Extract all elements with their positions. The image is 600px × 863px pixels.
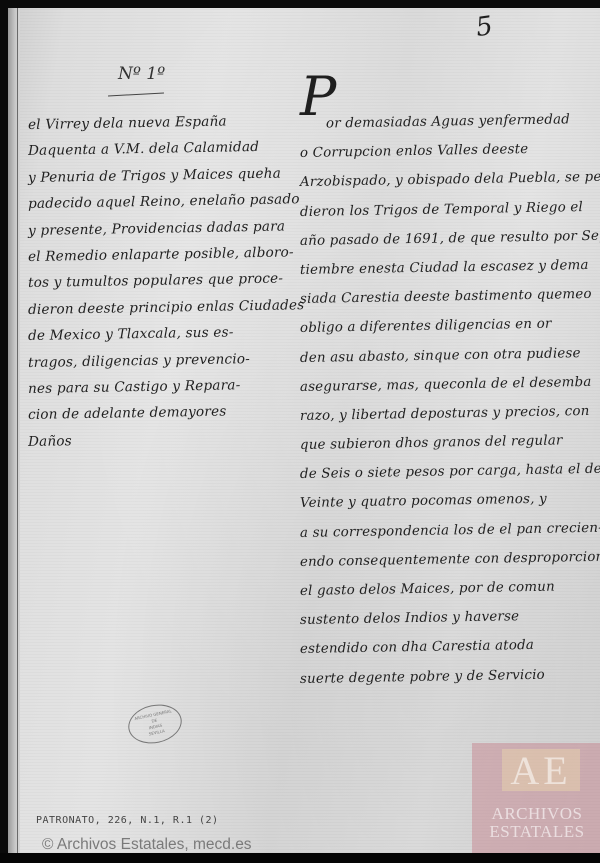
summary-line: de Mexico y Tlaxcala, sus es- xyxy=(28,318,298,349)
document-number: Nº 1º xyxy=(118,64,165,84)
scan-bottom-edge xyxy=(0,853,600,863)
margin-summary-column: el Virrey dela nueva España Daquenta a V… xyxy=(28,112,298,455)
binding-spine xyxy=(8,8,20,853)
body-line: Veinte y quatro pocomas omenos, y xyxy=(300,484,600,518)
body-line: obligo a diferentes diligencias en or xyxy=(300,309,600,343)
watermark-label: ARCHIVOS ESTATALES xyxy=(480,805,594,841)
watermark-line-1: ARCHIVOS xyxy=(480,805,594,823)
body-line: den asu abasto, sinque con otra pudiese xyxy=(300,338,600,372)
archive-signature-reference: PATRONATO, 226, N.1, R.1 (2) xyxy=(36,815,219,826)
archivos-estatales-watermark: AE ARCHIVOS ESTATALES xyxy=(472,743,600,855)
body-line: estendido con dha Carestia atoda xyxy=(300,630,600,664)
watermark-line-2: ESTATALES xyxy=(480,823,594,841)
copyright-notice: © Archivos Estatales, mecd.es xyxy=(42,836,252,854)
ae-logo-icon: AE xyxy=(502,749,580,791)
scanned-document-viewer: 5 Nº 1º el Virrey dela nueva España Daqu… xyxy=(0,0,600,863)
binding-fold-line xyxy=(17,8,18,853)
body-line: Arzobispado, y obispado dela Puebla, se … xyxy=(300,163,600,197)
body-line: suerte degente pobre y de Servicio xyxy=(300,659,600,693)
summary-line: Daños xyxy=(28,424,298,455)
main-text-column: or demasiadas Aguas yenfermedad o Corrup… xyxy=(300,110,600,694)
summary-line: padecido aquel Reino, enelaño pasado xyxy=(28,186,298,217)
